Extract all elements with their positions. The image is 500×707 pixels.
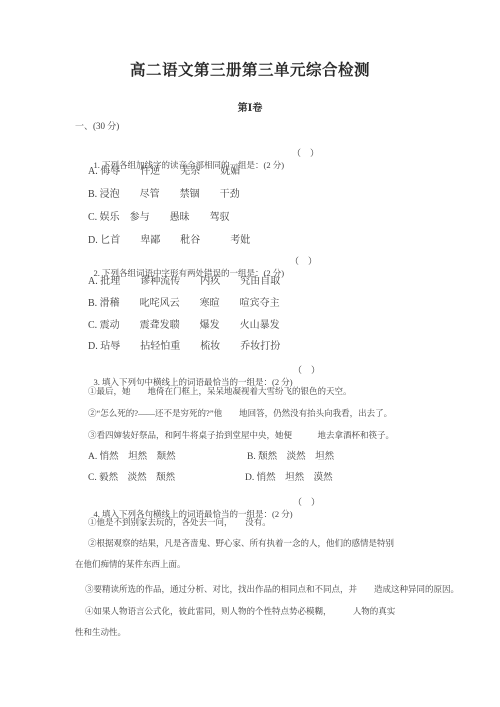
question-4-sentence-1: ①他是不到别家去玩的，各处去一问， 没有。 <box>88 516 271 528</box>
section-heading: 第Ⅰ卷 <box>0 99 500 114</box>
question-4-sentence-4-continuation: 性和生动性。 <box>75 626 126 638</box>
question-2-option-d: D. 玷辱 拈轻怕重 梳妆 乔妆打扮 <box>88 341 280 353</box>
question-2-answer-bracket: （ ） <box>290 255 317 267</box>
question-1-option-a: A. 侮辱 忤逆 芜杂 妩媚 <box>88 166 240 178</box>
question-3-sentence-2: ②“怎么死的?——还不是穷死的?”他 地回答，仍然没有抬头向我看，出去了。 <box>88 407 392 419</box>
question-3-options-cd-left: C. 毅然 淡然 颓然 <box>88 472 175 484</box>
question-1-option-c: C. 娱乐 参与 愚昧 驾驭 <box>88 212 230 224</box>
question-4-sentence-4: ④如果人物语言公式化，彼此雷同，则人物的个性特点势必模糊， 人物的真实 <box>85 605 395 617</box>
question-4-answer-bracket: （ ） <box>293 496 320 508</box>
question-2-option-c: C. 震动 震聋发聩 爆发 火山暴发 <box>88 320 280 332</box>
question-2-option-b: B. 滑稽 叱咤风云 寒暄 喧宾夺主 <box>88 298 280 310</box>
part-heading: 一、(30 分) <box>75 120 119 132</box>
question-4-sentence-2: ②根据观察的结果，凡是吝啬鬼、野心家、所有执着一念的人，他们的感情是特别 <box>88 537 394 549</box>
question-3-options-ab-right: B. 颓然 淡然 坦然 <box>247 451 334 463</box>
page-title: 高二语文第三册第三单元综合检测 <box>0 58 500 80</box>
question-1-answer-bracket: （ ） <box>292 147 319 159</box>
test-paper-page: 高二语文第三册第三单元综合检测 第Ⅰ卷 一、(30 分) 1. 下列各组加线字的… <box>0 0 500 707</box>
question-1-option-b: B. 浸泡 尽管 禁锢 干劲 <box>88 189 240 201</box>
question-3-options-cd-right: D. 悄然 坦然 漠然 <box>245 472 333 484</box>
question-1-option-d: D. 匕首 卑鄙 秕谷 考妣 <box>88 235 250 247</box>
question-3-sentence-1: ①最后，她 地倚在门框上，呆呆地凝视着大雪纷飞的银色的天空。 <box>88 385 352 397</box>
question-4-sentence-2-continuation: 在他们痴情的某件东西上面。 <box>75 558 186 570</box>
question-3-sentence-3: ③看四婶装好祭品，和阿牛将桌子抬到堂屋中央，她便 地去拿酒杯和筷子。 <box>88 429 394 441</box>
question-4-sentence-3: ③要精读所选的作品，通过分析、对比，找出作品的相同点和不同点，并 造成这种异同的… <box>85 583 459 595</box>
question-3-answer-bracket: （ ） <box>293 364 320 376</box>
question-2-option-a: A. 批理 谬种流传 内疚 究由自取 <box>88 276 280 288</box>
question-3-options-ab-left: A. 悄然 坦然 颓然 <box>88 451 176 463</box>
